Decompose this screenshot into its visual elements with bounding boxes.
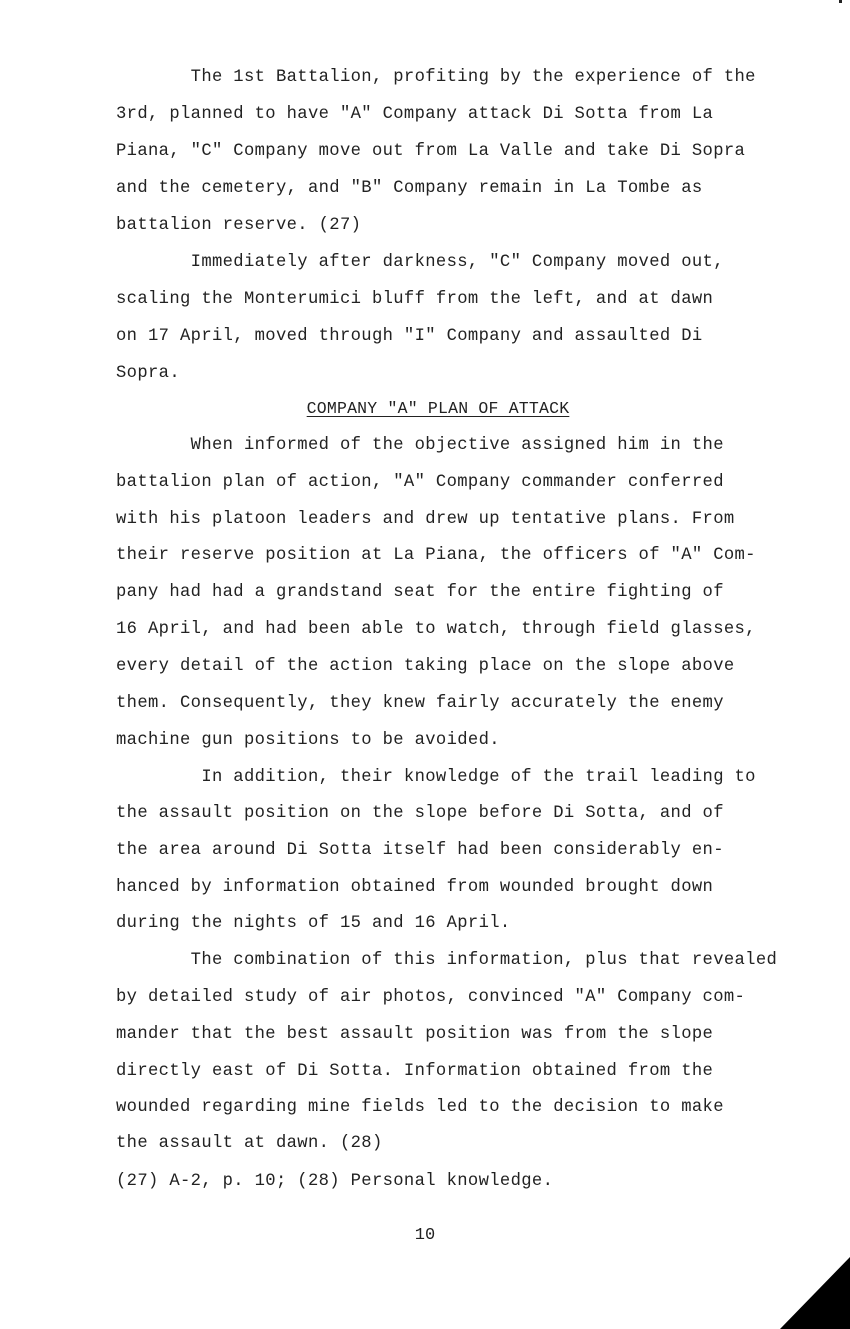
- section-paragraph-1-line-4: their reserve position at La Piana, the …: [116, 546, 756, 566]
- scan-mark: [839, 0, 842, 3]
- section-paragraph-1-line-5: pany had had a grandstand seat for the e…: [116, 583, 724, 603]
- footnote: (27) A-2, p. 10; (28) Personal knowledge…: [116, 1172, 553, 1192]
- section-paragraph-1-line-2: battalion plan of action, "A" Company co…: [116, 473, 724, 493]
- section-paragraph-1-line-7: every detail of the action taking place …: [116, 657, 735, 677]
- section-paragraph-1-line-1: When informed of the objective assigned …: [116, 436, 724, 456]
- document-page: The 1st Battalion, profiting by the expe…: [0, 0, 850, 1329]
- section-paragraph-3-line-4: directly east of Di Sotta. Information o…: [116, 1062, 713, 1082]
- paragraph-1-line-3: Piana, "C" Company move out from La Vall…: [116, 142, 745, 162]
- paragraph-1-line-1: The 1st Battalion, profiting by the expe…: [116, 68, 756, 88]
- section-heading-text: COMPANY "A" PLAN OF ATTACK: [281, 399, 570, 418]
- section-paragraph-3-line-3: mander that the best assault position wa…: [116, 1025, 713, 1045]
- section-heading: COMPANY "A" PLAN OF ATTACK: [0, 399, 850, 419]
- section-paragraph-3-line-5: wounded regarding mine fields led to the…: [116, 1098, 724, 1118]
- page-number: 10: [0, 1226, 850, 1246]
- paragraph-2-line-2: scaling the Monterumici bluff from the l…: [116, 290, 713, 310]
- section-paragraph-1-line-9: machine gun positions to be avoided.: [116, 731, 500, 751]
- section-paragraph-2-line-2: the assault position on the slope before…: [116, 804, 724, 824]
- paragraph-1-line-5: battalion reserve. (27): [116, 216, 361, 236]
- section-paragraph-2-line-4: hanced by information obtained from woun…: [116, 878, 713, 898]
- section-paragraph-2-line-1: In addition, their knowledge of the trai…: [116, 768, 756, 788]
- section-paragraph-1-line-8: them. Consequently, they knew fairly acc…: [116, 694, 724, 714]
- section-paragraph-1-line-6: 16 April, and had been able to watch, th…: [116, 620, 756, 640]
- folded-corner: [780, 1257, 850, 1329]
- section-paragraph-3-line-2: by detailed study of air photos, convinc…: [116, 988, 745, 1008]
- paragraph-1-line-4: and the cemetery, and "B" Company remain…: [116, 179, 703, 199]
- paragraph-1-line-2: 3rd, planned to have "A" Company attack …: [116, 105, 713, 125]
- section-paragraph-2-line-5: during the nights of 15 and 16 April.: [116, 914, 511, 934]
- paragraph-2-line-3: on 17 April, moved through "I" Company a…: [116, 327, 703, 347]
- paragraph-2-line-1: Immediately after darkness, "C" Company …: [116, 253, 724, 273]
- paragraph-2-line-4: Sopra.: [116, 364, 180, 384]
- section-paragraph-3-line-6: the assault at dawn. (28): [116, 1134, 383, 1154]
- section-paragraph-3-line-1: The combination of this information, plu…: [116, 951, 777, 971]
- section-paragraph-1-line-3: with his platoon leaders and drew up ten…: [116, 510, 735, 530]
- section-paragraph-2-line-3: the area around Di Sotta itself had been…: [116, 841, 724, 861]
